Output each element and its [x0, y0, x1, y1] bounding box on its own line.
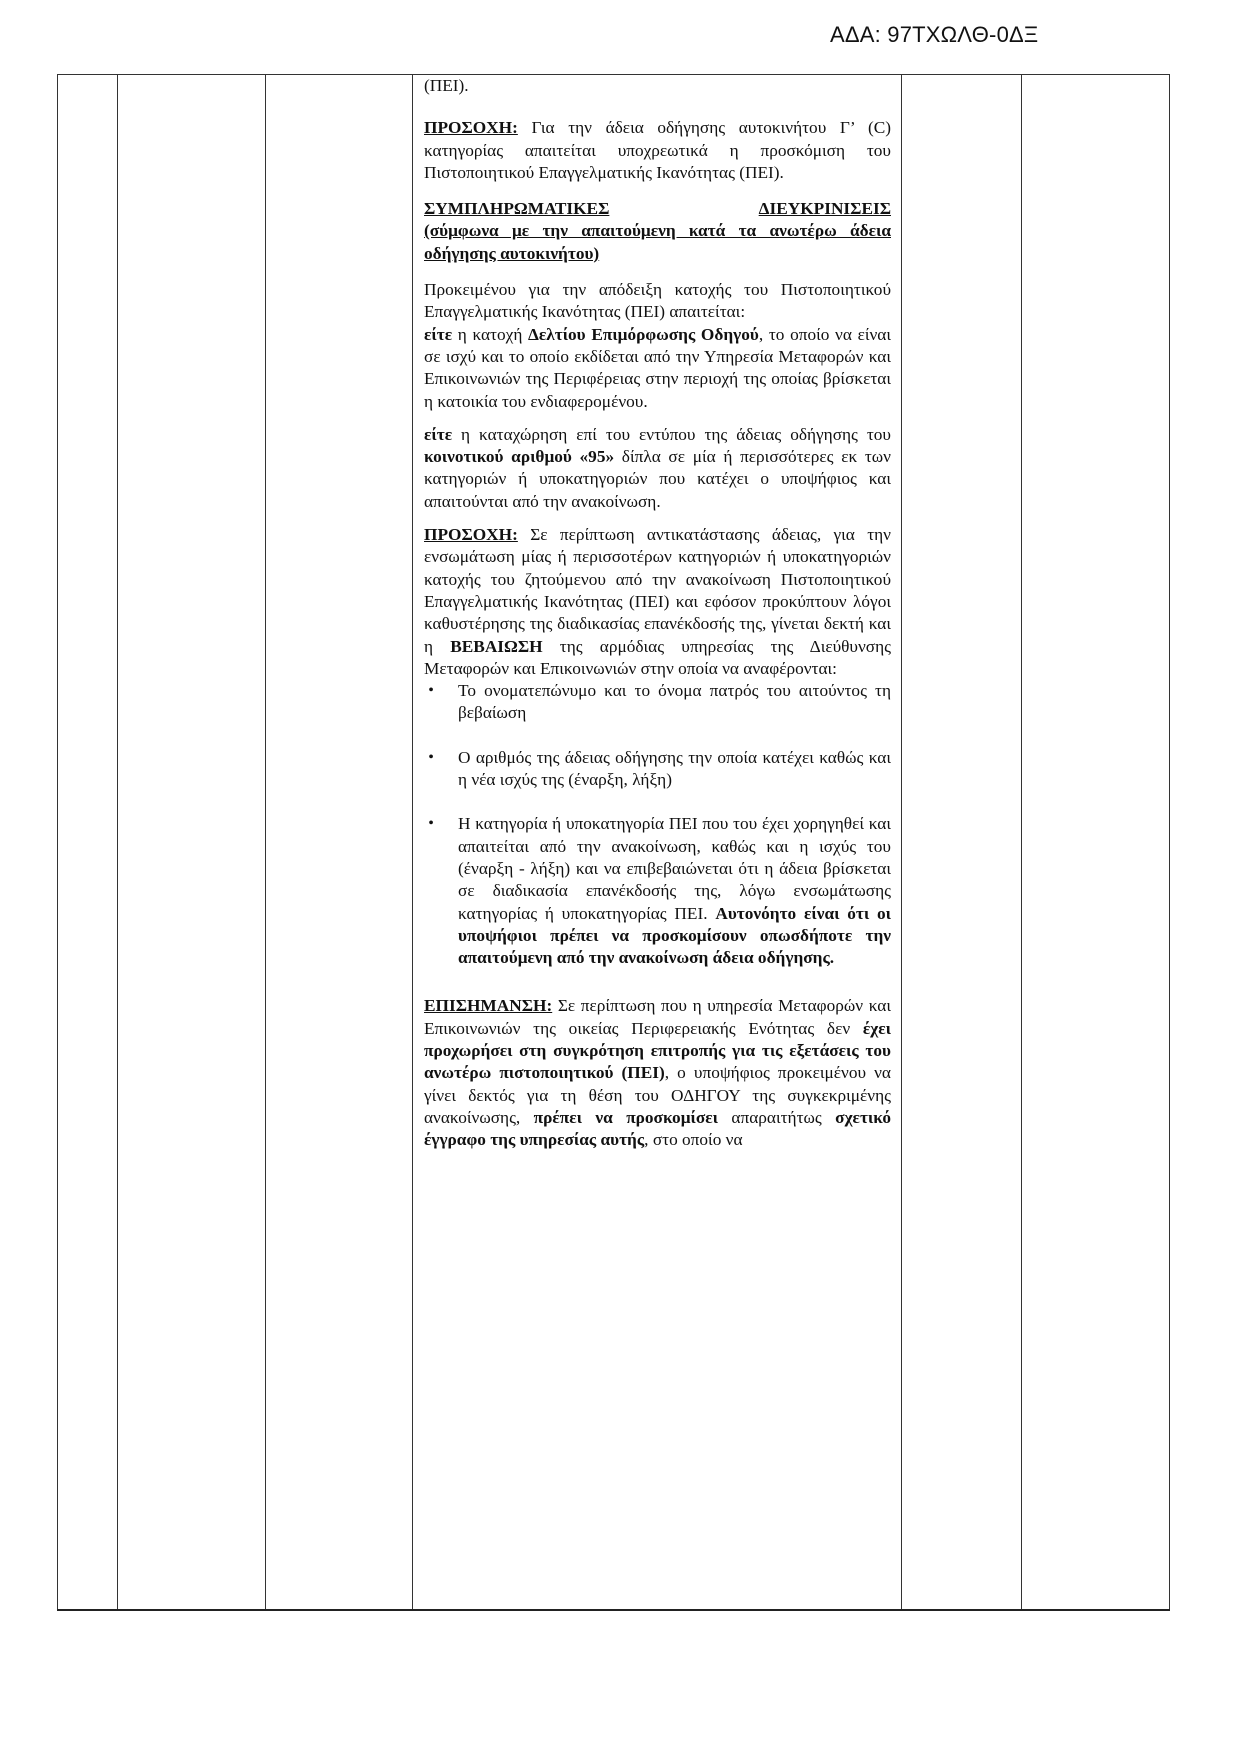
paragraph-either-training-card: είτε η κατοχή Δελτίου Επιμόρφωσης Οδηγού… [424, 324, 891, 413]
cell-col2 [118, 75, 266, 1611]
requirements-table: (ΠΕΙ). ΠΡΟΣΟΧΗ: Για την άδεια οδήγησης α… [57, 74, 1170, 1611]
paragraph-attention-c-license: ΠΡΟΣΟΧΗ: Για την άδεια οδήγησης αυτοκινή… [424, 117, 891, 184]
text: κοινοτικού αριθμού «95» [424, 447, 614, 466]
paragraph-either-code-95: είτε η καταχώρηση επί του εντύπου της άδ… [424, 424, 891, 513]
cell-index [58, 75, 118, 1611]
cell-col3 [266, 75, 413, 1611]
heading-word-1: ΣΥΜΠΛΗΡΩΜΑΤΙΚΕΣ [424, 198, 609, 220]
text: είτε [424, 325, 452, 344]
cell-col5 [902, 75, 1022, 1611]
bullet-icon: • [424, 747, 438, 769]
ada-document-id: ΑΔΑ: 97ΤΧΩΛΘ-0ΔΞ [830, 22, 1038, 48]
text: , στο οποίο να [644, 1130, 742, 1149]
text: είτε [424, 425, 452, 444]
list-item: •Ο αριθμός της άδειας οδήγησης την οποία… [424, 747, 891, 792]
text: πρέπει να προσκομίσει [534, 1108, 718, 1127]
bullet-icon: • [424, 680, 438, 702]
certificate-requirements-list: •Το ονοματεπώνυμο και το όνομα πατρός το… [424, 680, 891, 969]
paragraph-attention-replacement: ΠΡΟΣΟΧΗ: Σε περίπτωση αντικατάστασης άδε… [424, 524, 891, 680]
paragraph-continuation: (ΠΕΙ). [424, 75, 891, 97]
text: η καταχώρηση επί του εντύπου της άδειας … [452, 425, 891, 444]
text: Το ονοματεπώνυμο και το όνομα πατρός του… [458, 681, 891, 722]
qualifications-text: (ΠΕΙ). ΠΡΟΣΟΧΗ: Για την άδεια οδήγησης α… [413, 75, 901, 1151]
bullet-icon: • [424, 813, 438, 835]
text: ΒΕΒΑΙΩΣΗ [450, 637, 542, 656]
table-row: (ΠΕΙ). ΠΡΟΣΟΧΗ: Για την άδεια οδήγησης α… [58, 75, 1170, 1611]
supplementary-clarifications-heading: ΣΥΜΠΛΗΡΩΜΑΤΙΚΕΣ ΔΙΕΥΚΡΙΝΙΣΕΙΣ [424, 198, 891, 220]
heading-word-2: ΔΙΕΥΚΡΙΝΙΣΕΙΣ [759, 198, 891, 220]
text: Δελτίου Επιμόρφωσης Οδηγού [528, 325, 759, 344]
supplementary-clarifications-subheading: (σύμφωνα με την απαιτούμενη κατά τα ανωτ… [424, 220, 891, 265]
cell-col6 [1022, 75, 1170, 1611]
text: Ο αριθμός της άδειας οδήγησης την οποία … [458, 748, 891, 789]
text: απαραιτήτως [718, 1108, 835, 1127]
list-item: •Η κατηγορία ή υποκατηγορία ΠΕΙ που του … [424, 813, 891, 969]
paragraph-note-committee: ΕΠΙΣΗΜΑΝΣΗ: Σε περίπτωση που η υπηρεσία … [424, 995, 891, 1151]
attention-label: ΠΡΟΣΟΧΗ: [424, 118, 518, 137]
cell-qualifications: (ΠΕΙ). ΠΡΟΣΟΧΗ: Για την άδεια οδήγησης α… [413, 75, 902, 1611]
list-item: •Το ονοματεπώνυμο και το όνομα πατρός το… [424, 680, 891, 725]
text: η κατοχή [452, 325, 528, 344]
attention-label: ΠΡΟΣΟΧΗ: [424, 525, 518, 544]
note-label: ΕΠΙΣΗΜΑΝΣΗ: [424, 996, 552, 1015]
paragraph-pei-proof: Προκειμένου για την απόδειξη κατοχής του… [424, 279, 891, 324]
